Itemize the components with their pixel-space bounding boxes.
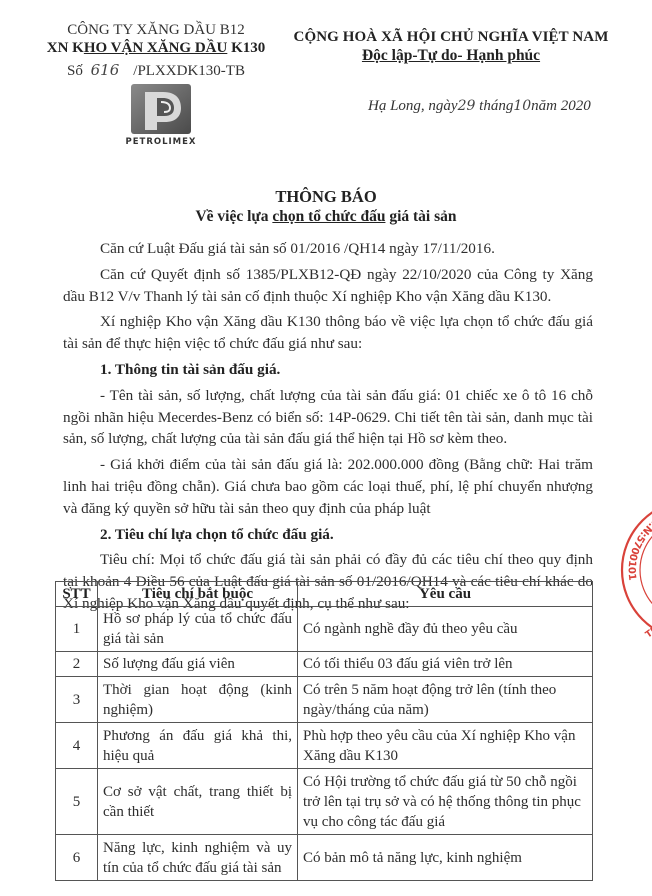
- subtitle-prefix: Về việc lựa: [195, 208, 272, 225]
- table-header-row: STT Tiêu chí bắt buộc Yêu cầu: [56, 582, 593, 607]
- unit-prefix: XN K: [47, 40, 84, 56]
- header-requirement: Yêu cầu: [298, 582, 593, 607]
- notice-subtitle: Về việc lựa chọn tổ chức đấu giá tài sản: [0, 207, 652, 227]
- row-criterion: Số lượng đấu giá viên: [98, 652, 298, 677]
- row-requirement: Có bản mô tả năng lực, kinh nghiệm: [298, 835, 593, 881]
- notice-title-block: THÔNG BÁO Về việc lựa chọn tổ chức đấu g…: [0, 187, 652, 227]
- table-row: 5 Cơ sở vật chất, trang thiết bị cần thi…: [56, 769, 593, 835]
- row-requirement: Có trên 5 năm hoạt động trở lên (tính th…: [298, 677, 593, 723]
- unit-suffix: K130: [227, 40, 265, 56]
- date-month: 10: [513, 98, 531, 114]
- subtitle-underlined: chọn tổ chức đấu: [272, 208, 385, 225]
- parent-company: CÔNG TY XĂNG DẦU B12: [20, 22, 292, 39]
- row-requirement: Có Hội trường tổ chức đấu giá từ 50 chỗ …: [298, 769, 593, 835]
- logo-text: PETROLIMEX: [111, 137, 211, 147]
- row-requirement: Phù hợp theo yêu cầu của Xí nghiệp Kho v…: [298, 723, 593, 769]
- date-month-label: tháng: [479, 98, 513, 114]
- doc-no-suffix: /PLXXDK130-TB: [133, 63, 245, 79]
- document-number: Số 616/PLXXDK130-TB: [20, 59, 292, 82]
- row-requirement: Có ngành nghề đầy đủ theo yêu cầu: [298, 607, 593, 652]
- criteria-table: STT Tiêu chí bắt buộc Yêu cầu 1 Hồ sơ ph…: [55, 581, 593, 881]
- svg-text:TP.HA: TP.HA: [644, 616, 652, 641]
- legal-basis-2: Căn cứ Quyết định số 1385/PLXB12-QĐ ngày…: [63, 264, 593, 308]
- section-2-heading: 2. Tiêu chí lựa chọn tổ chức đấu giá.: [63, 524, 593, 546]
- notice-body: Căn cứ Luật Đấu giá tài sản số 01/2016 /…: [63, 238, 593, 619]
- official-stamp-icon: ★ M.S.C.N:5700101 XÃ TP.HA: [612, 490, 652, 650]
- row-stt: 4: [56, 723, 98, 769]
- national-header: CỘNG HOÀ XÃ HỘI CHỦ NGHĨA VIỆT NAM Độc l…: [286, 28, 616, 66]
- date-day: 29: [458, 98, 476, 114]
- date-place: Hạ Long, ngày29 tháng10năm 2020: [368, 98, 591, 115]
- section-1-heading: 1. Thông tin tài sản đấu giá.: [63, 359, 593, 381]
- asset-description: - Tên tài sản, số lượng, chất lượng của …: [63, 385, 593, 450]
- unit-underlined: HO VẬN XĂNG DẦU: [84, 40, 227, 56]
- header-stt: STT: [56, 582, 98, 607]
- document-page: CÔNG TY XĂNG DẦU B12 XN KHO VẬN XĂNG DẦU…: [0, 0, 652, 896]
- nation-title: CỘNG HOÀ XÃ HỘI CHỦ NGHĨA VIỆT NAM: [286, 28, 616, 46]
- row-requirement: Có tối thiểu 03 đấu giá viên trở lên: [298, 652, 593, 677]
- issuer-block: CÔNG TY XĂNG DẦU B12 XN KHO VẬN XĂNG DẦU…: [20, 22, 292, 82]
- petrolimex-logo-icon: [131, 84, 191, 134]
- row-stt: 5: [56, 769, 98, 835]
- date-place-label: Hạ Long, ngày: [368, 98, 458, 114]
- row-criterion: Cơ sở vật chất, trang thiết bị cần thiết: [98, 769, 298, 835]
- row-criterion: Hồ sơ pháp lý của tổ chức đấu giá tài sả…: [98, 607, 298, 652]
- row-criterion: Năng lực, kinh nghiệm và uy tín của tổ c…: [98, 835, 298, 881]
- notice-title: THÔNG BÁO: [0, 187, 652, 207]
- date-year: năm 2020: [531, 98, 591, 114]
- header-criterion: Tiêu chí bắt buộc: [98, 582, 298, 607]
- table-row: 2 Số lượng đấu giá viên Có tối thiểu 03 …: [56, 652, 593, 677]
- row-stt: 6: [56, 835, 98, 881]
- doc-no-label: Số: [67, 63, 83, 79]
- national-motto: Độc lập-Tự do- Hạnh phúc: [286, 46, 616, 66]
- table-row: 4 Phương án đấu giá khả thi, hiệu quả Ph…: [56, 723, 593, 769]
- table-row: 1 Hồ sơ pháp lý của tổ chức đấu giá tài …: [56, 607, 593, 652]
- doc-no-handwritten: 616: [91, 61, 120, 79]
- starting-price: - Giá khởi điểm của tài sản đấu giá là: …: [63, 454, 593, 519]
- row-stt: 2: [56, 652, 98, 677]
- row-stt: 3: [56, 677, 98, 723]
- intro-paragraph: Xí nghiệp Kho vận Xăng dầu K130 thông bá…: [63, 311, 593, 355]
- legal-basis-1: Căn cứ Luật Đấu giá tài sản số 01/2016 /…: [63, 238, 593, 260]
- table-row: 6 Năng lực, kinh nghiệm và uy tín của tổ…: [56, 835, 593, 881]
- row-criterion: Thời gian hoạt động (kinh nghiệm): [98, 677, 298, 723]
- row-criterion: Phương án đấu giá khả thi, hiệu quả: [98, 723, 298, 769]
- issuing-unit: XN KHO VẬN XĂNG DẦU K130: [20, 39, 292, 57]
- subtitle-suffix: giá tài sản: [385, 208, 456, 225]
- row-stt: 1: [56, 607, 98, 652]
- table-row: 3 Thời gian hoạt động (kinh nghiệm) Có t…: [56, 677, 593, 723]
